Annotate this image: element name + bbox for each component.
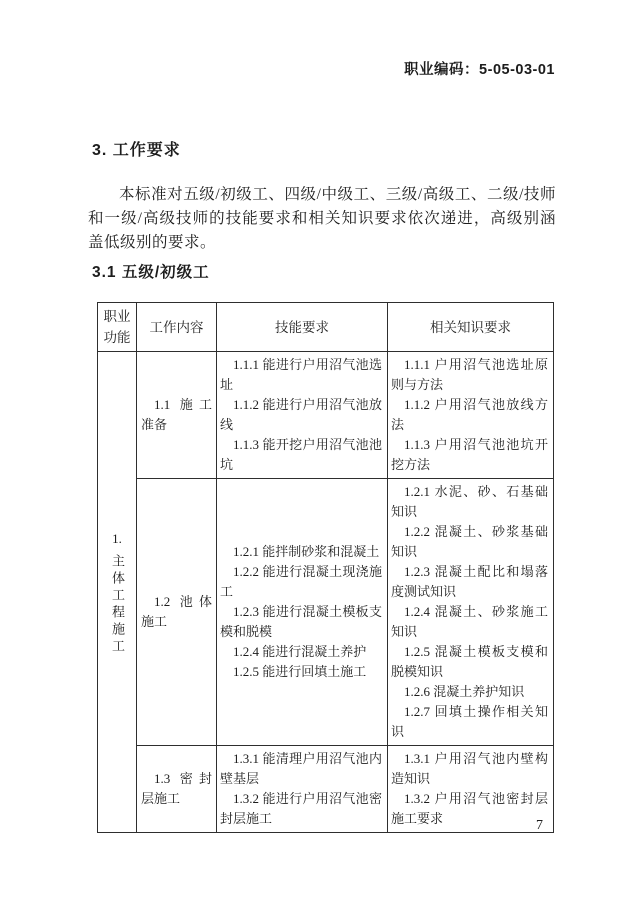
knowledge-item: 1.3.2 户用沼气池密封层施工要求 bbox=[391, 789, 548, 829]
document-page: 职业编码：5-05-03-01 3. 工作要求 本标准对五级/初级工、四级/中级… bbox=[0, 0, 641, 899]
skill-item: 1.2.1 能拌制砂浆和混凝土 bbox=[220, 542, 382, 562]
skill-item: 1.2.5 能进行回填土施工 bbox=[220, 662, 382, 682]
knowledge-cell: 1.1.1 户用沼气池选址原则与方法 1.1.2 户用沼气池放线方法 1.1.3… bbox=[388, 352, 554, 479]
knowledge-item: 1.1.1 户用沼气池选址原则与方法 bbox=[391, 355, 548, 395]
table-row: 1.2 池体施工 1.2.1 能拌制砂浆和混凝土 1.2.2 能进行混凝土现浇施… bbox=[98, 479, 554, 746]
skills-cell: 1.1.1 能进行户用沼气池选址 1.1.2 能进行户用沼气池放线 1.1.3 … bbox=[217, 352, 388, 479]
requirements-table: 职业功能 工作内容 技能要求 相关知识要求 1. 主体工程施工 1.1 施工准备… bbox=[97, 302, 554, 833]
function-group-vertical-label: 1. 主体工程施工 bbox=[98, 529, 136, 656]
table-header-row: 职业功能 工作内容 技能要求 相关知识要求 bbox=[98, 303, 554, 352]
knowledge-item: 1.2.5 混凝土模板支模和脱模知识 bbox=[391, 642, 548, 682]
header-cell-work-content: 工作内容 bbox=[137, 303, 217, 352]
skill-item: 1.2.2 能进行混凝土现浇施工 bbox=[220, 562, 382, 602]
skill-item: 1.1.1 能进行户用沼气池选址 bbox=[220, 355, 382, 395]
knowledge-item: 1.2.6 混凝土养护知识 bbox=[391, 682, 548, 702]
work-content-cell: 1.1 施工准备 bbox=[137, 352, 217, 479]
knowledge-item: 1.2.2 混凝土、砂浆基础知识 bbox=[391, 522, 548, 562]
function-group-name: 主体工程施工 bbox=[107, 554, 127, 656]
work-content-cell: 1.3 密封层施工 bbox=[137, 746, 217, 833]
skill-item: 1.3.1 能清理户用沼气池内壁基层 bbox=[220, 749, 382, 789]
function-group-cell: 1. 主体工程施工 bbox=[98, 352, 137, 833]
knowledge-cell: 1.3.1 户用沼气池内壁构造知识 1.3.2 户用沼气池密封层施工要求 bbox=[388, 746, 554, 833]
skills-cell: 1.3.1 能清理户用沼气池内壁基层 1.3.2 能进行户用沼气池密封层施工 bbox=[217, 746, 388, 833]
skill-item: 1.1.3 能开挖户用沼气池池坑 bbox=[220, 435, 382, 475]
knowledge-item: 1.2.1 水泥、砂、石基础知识 bbox=[391, 482, 548, 522]
skill-item: 1.2.3 能进行混凝土模板支模和脱模 bbox=[220, 602, 382, 642]
table-row: 1. 主体工程施工 1.1 施工准备 1.1.1 能进行户用沼气池选址 1.1.… bbox=[98, 352, 554, 479]
section-heading: 3. 工作要求 bbox=[92, 137, 181, 160]
header-cell-skills: 技能要求 bbox=[217, 303, 388, 352]
header-cell-knowledge: 相关知识要求 bbox=[388, 303, 554, 352]
knowledge-item: 1.2.7 回填土操作相关知识 bbox=[391, 702, 548, 742]
occupation-code: 职业编码：5-05-03-01 bbox=[404, 58, 555, 79]
skill-item: 1.1.2 能进行户用沼气池放线 bbox=[220, 395, 382, 435]
skill-item: 1.3.2 能进行户用沼气池密封层施工 bbox=[220, 789, 382, 829]
section-intro-paragraph: 本标准对五级/初级工、四级/中级工、三级/高级工、二级/技师和一级/高级技师的技… bbox=[88, 183, 556, 255]
knowledge-item: 1.2.4 混凝土、砂浆施工知识 bbox=[391, 602, 548, 642]
knowledge-item: 1.1.3 户用沼气池池坑开挖方法 bbox=[391, 435, 548, 475]
function-group-number: 1. bbox=[112, 529, 122, 549]
skill-item: 1.2.4 能进行混凝土养护 bbox=[220, 642, 382, 662]
section-subheading: 3.1 五级/初级工 bbox=[92, 260, 210, 282]
header-cell-function: 职业功能 bbox=[98, 303, 137, 352]
knowledge-cell: 1.2.1 水泥、砂、石基础知识 1.2.2 混凝土、砂浆基础知识 1.2.3 … bbox=[388, 479, 554, 746]
table-row: 1.3 密封层施工 1.3.1 能清理户用沼气池内壁基层 1.3.2 能进行户用… bbox=[98, 746, 554, 833]
skills-cell: 1.2.1 能拌制砂浆和混凝土 1.2.2 能进行混凝土现浇施工 1.2.3 能… bbox=[217, 479, 388, 746]
page-number: 7 bbox=[536, 818, 543, 834]
work-content-cell: 1.2 池体施工 bbox=[137, 479, 217, 746]
knowledge-item: 1.3.1 户用沼气池内壁构造知识 bbox=[391, 749, 548, 789]
knowledge-item: 1.1.2 户用沼气池放线方法 bbox=[391, 395, 548, 435]
knowledge-item: 1.2.3 混凝土配比和塌落度测试知识 bbox=[391, 562, 548, 602]
